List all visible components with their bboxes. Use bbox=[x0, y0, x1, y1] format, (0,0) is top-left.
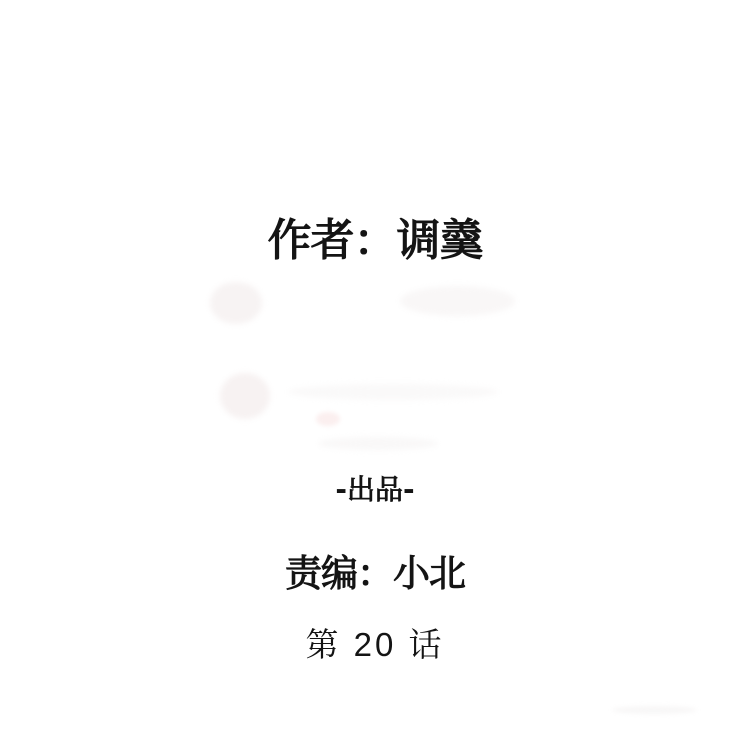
editor-credit-text: 责编：小北 bbox=[0, 543, 750, 597]
comic-credits-page: 作者：调羹 -出品- 责编：小北 第 20 话 bbox=[0, 0, 750, 752]
author-credit-text: 作者：调羹 bbox=[0, 204, 750, 268]
erased-watermark-smudge bbox=[400, 286, 515, 316]
erased-watermark-smudge bbox=[316, 412, 340, 426]
erased-watermark-smudge bbox=[220, 373, 270, 419]
erased-watermark-smudge bbox=[612, 706, 697, 714]
chapter-number-text: 第 20 话 bbox=[0, 619, 750, 666]
erased-watermark-smudge bbox=[288, 384, 498, 400]
erased-watermark-smudge bbox=[318, 437, 438, 450]
produced-by-text: -出品- bbox=[0, 468, 750, 508]
erased-watermark-smudge bbox=[210, 282, 262, 324]
